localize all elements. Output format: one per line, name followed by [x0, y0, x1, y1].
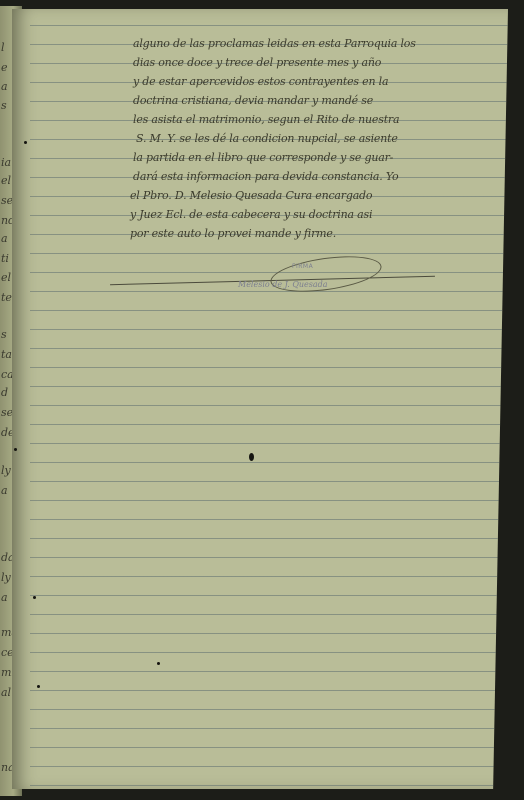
text-line: y Juez Ecl. de esta cabecera y su doctri…	[130, 205, 433, 224]
left-page-fragment: se	[1, 194, 13, 207]
left-page-fragment: ia	[1, 156, 11, 169]
left-page-fragment: a	[1, 232, 8, 245]
text-line: les asista el matrimonio, segun el Rito …	[133, 110, 433, 129]
ink-dot	[37, 685, 40, 688]
text-line: la partida en el libro que corresponde y…	[133, 148, 433, 167]
left-page-fragment: d	[1, 386, 8, 399]
handwritten-text-block: alguno de las proclamas leidas en esta P…	[133, 34, 433, 243]
left-page-fragment: te	[1, 291, 12, 304]
text-line: S. M. Y. se les dé la condicion nupcial,…	[136, 129, 433, 148]
left-page-fragment: s	[1, 328, 7, 341]
text-line: el Pbro. D. Melesio Quesada Cura encarga…	[130, 186, 433, 205]
stamped-name: Melesio de J. Quesada	[238, 280, 328, 289]
left-page-fragment: se	[1, 406, 13, 419]
left-page-fragment: el	[1, 271, 11, 284]
text-line: doctrina cristiana, devia mandar y mandé…	[133, 91, 433, 110]
left-page-fragment: a	[1, 484, 8, 497]
left-page-fragment: s	[1, 99, 7, 112]
left-page-fragment: a	[1, 80, 8, 93]
left-page-fragment: ly	[1, 571, 11, 584]
ink-dot	[14, 448, 17, 451]
text-line: dias once doce y trece del presente mes …	[133, 53, 433, 72]
left-page-fragment: ca	[1, 368, 14, 381]
left-page-fragment: l	[1, 41, 5, 54]
left-page-fragment: e	[1, 61, 8, 74]
left-page-fragment: ti	[1, 252, 9, 265]
ink-dot	[24, 141, 27, 144]
left-page-fragment: ly	[1, 464, 11, 477]
text-line: y de estar apercevidos estos contrayente…	[133, 72, 433, 91]
ink-dot	[157, 662, 160, 665]
text-line: dará esta informacion para devida consta…	[133, 167, 433, 186]
ink-blot	[249, 453, 254, 461]
left-page-fragment: ce	[1, 646, 14, 659]
left-page-fragment: al	[1, 686, 11, 699]
signature-block: FIRMA Melesio de J. Quesada	[110, 255, 440, 305]
left-page-fragment: a	[1, 591, 8, 604]
left-page-fragment: el	[1, 174, 11, 187]
left-page-fragment: ta	[1, 348, 12, 361]
text-line: alguno de las proclamas leidas en esta P…	[133, 34, 433, 53]
text-line: por este auto lo provei mande y firme.	[130, 224, 433, 243]
signature-flourish	[268, 250, 383, 297]
ink-dot	[33, 596, 36, 599]
stamp-label: FIRMA	[292, 263, 313, 270]
